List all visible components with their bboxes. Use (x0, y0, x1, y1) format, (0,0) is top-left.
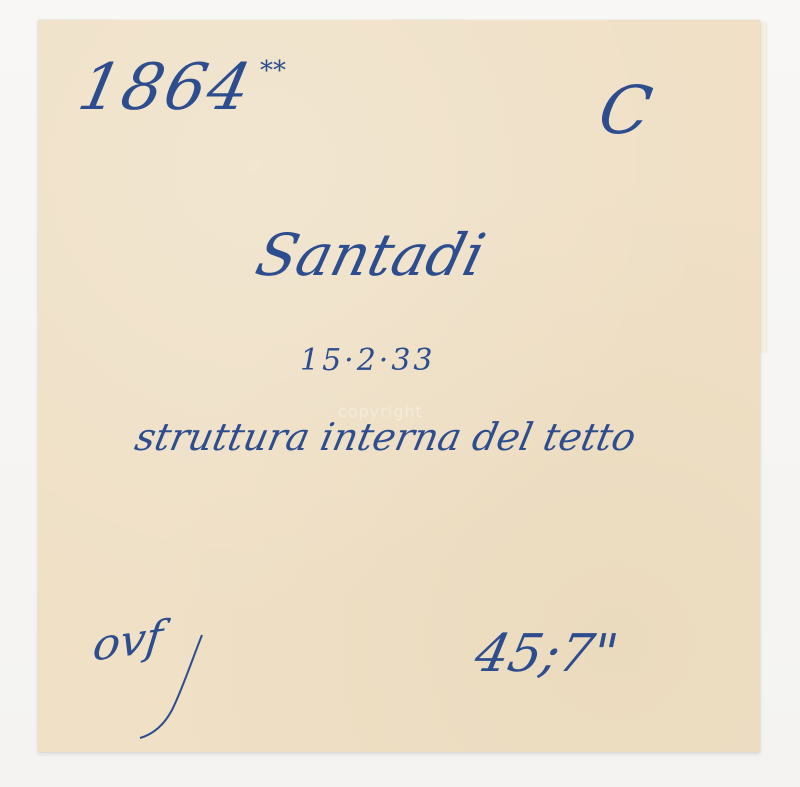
catalog-number: 1864 (73, 56, 257, 120)
description: struttura interna del tetto (132, 418, 639, 456)
series-letter: C (594, 78, 656, 144)
place-name: Santadi (251, 226, 491, 284)
measurement: 45;7" (470, 628, 622, 680)
catalog-marks: ** (260, 58, 286, 84)
watermark: copyright (338, 402, 423, 421)
initials-flourish-icon (132, 630, 222, 740)
photo-stage: 1864 ** C Santadi 15·2·33 struttura inte… (0, 0, 800, 787)
archival-envelope: 1864 ** C Santadi 15·2·33 struttura inte… (38, 20, 760, 752)
date: 15·2·33 (300, 346, 436, 376)
